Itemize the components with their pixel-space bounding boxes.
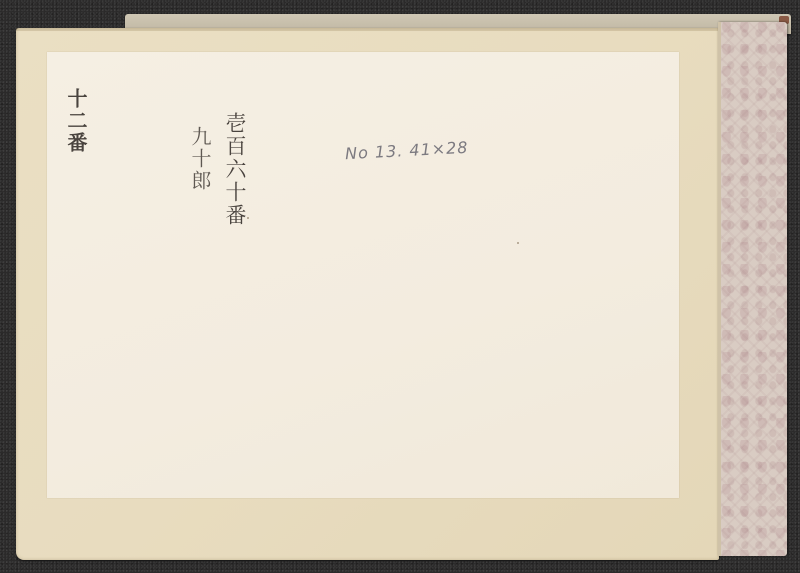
inner-paper-sheet <box>47 52 679 498</box>
patterned-spine <box>718 22 787 556</box>
calligraphy-right-column-2: 九十郎 <box>186 126 215 192</box>
calligraphy-right-column-1: 壱百六十番 <box>220 112 250 227</box>
paper-speck <box>517 242 519 244</box>
calligraphy-left-column: 十二番 <box>62 88 91 154</box>
